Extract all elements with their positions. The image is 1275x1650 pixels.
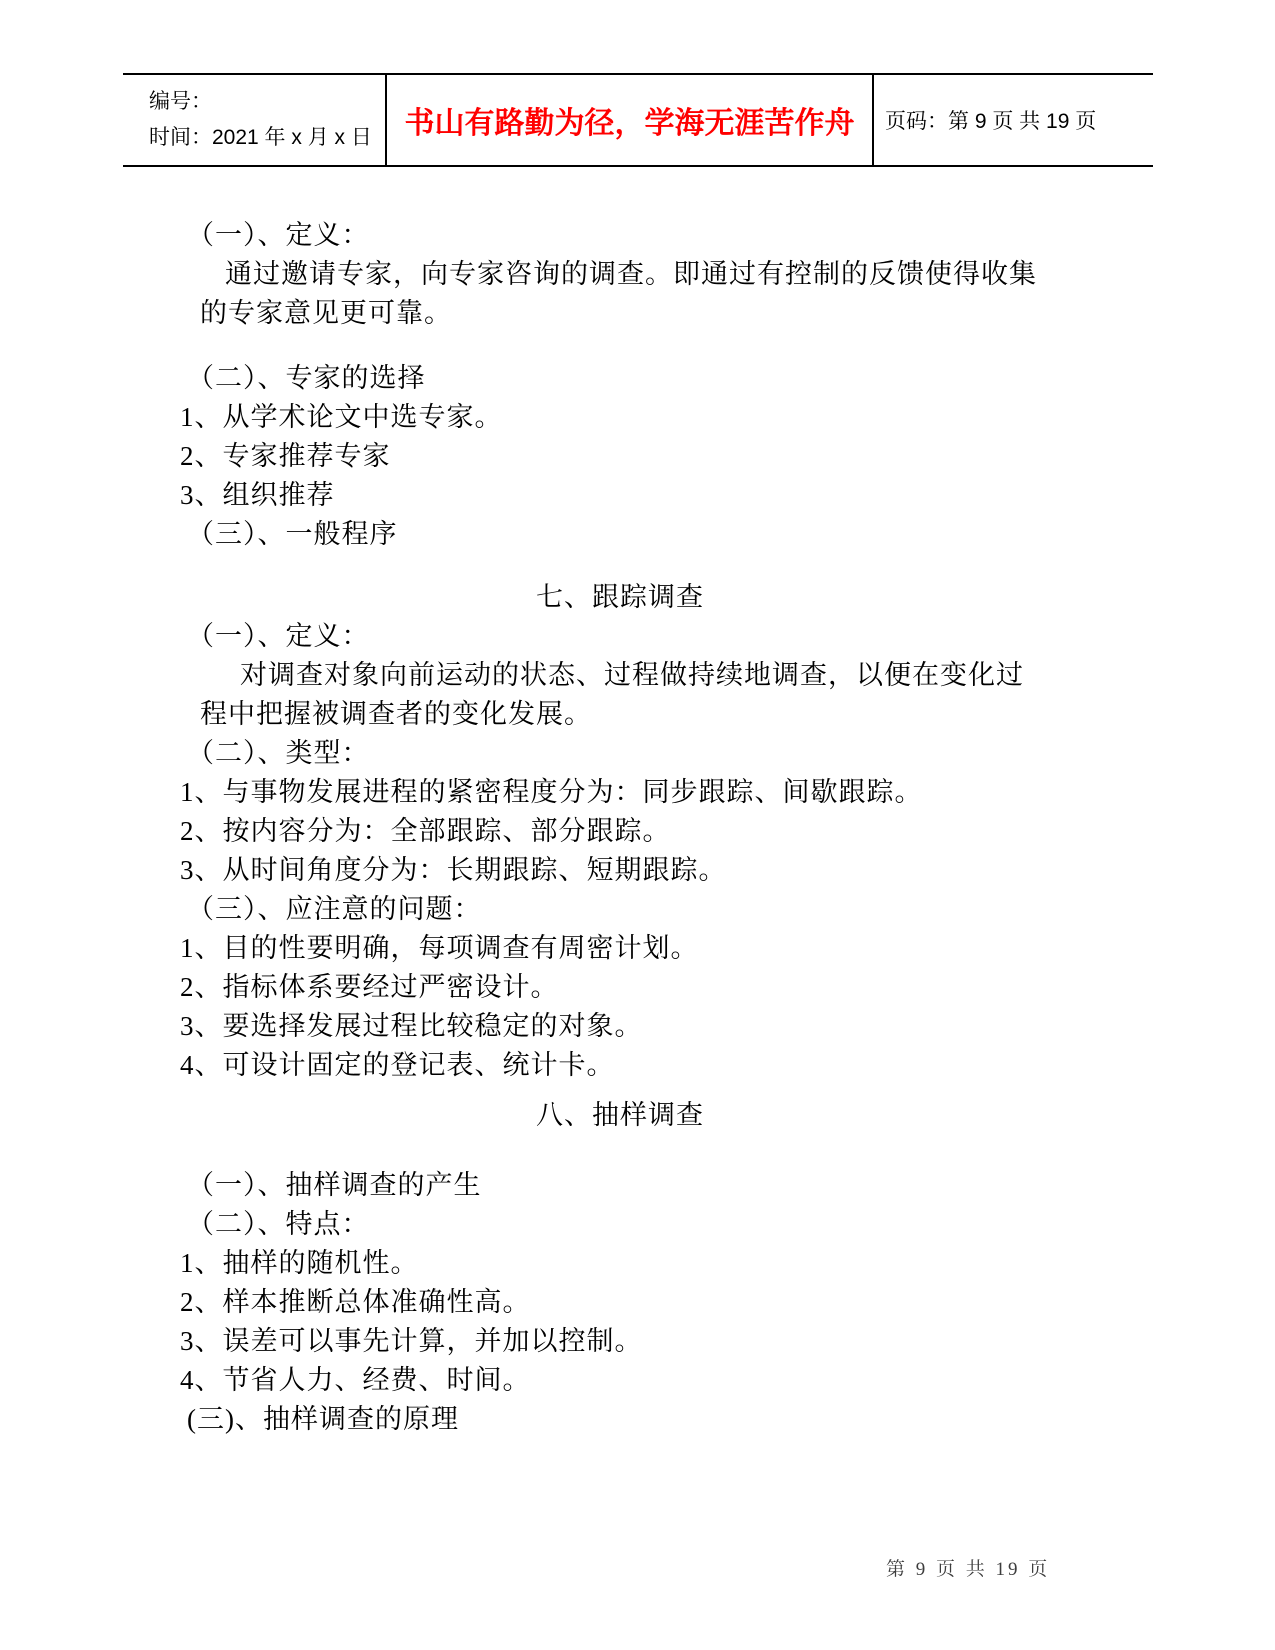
- header-cell-slogan: 书山有路勤为径，学海无涯苦作舟: [385, 75, 872, 165]
- spacer: [180, 333, 1060, 359]
- doc-line: 3、从时间角度分为：长期跟踪、短期跟踪。: [180, 851, 1060, 890]
- doc-line: 2、专家推荐专家: [180, 437, 1060, 476]
- doc-line: 通过邀请专家，向专家咨询的调查。即通过有控制的反馈使得收集: [180, 255, 1060, 294]
- doc-line: 2、样本推断总体准确性高。: [180, 1283, 1060, 1322]
- doc-time-label: 时间：2021 年 x 月 x 日: [149, 120, 385, 156]
- footer-page-number: 第 9 页 共 19 页: [886, 1554, 1050, 1581]
- doc-line: 1、从学术论文中选专家。: [180, 398, 1060, 437]
- document-body: （一）、定义： 通过邀请专家，向专家咨询的调查。即通过有控制的反馈使得收集 的专…: [180, 216, 1060, 1439]
- doc-line: 4、节省人力、经费、时间。: [180, 1361, 1060, 1400]
- doc-line: （二）、特点：: [180, 1205, 1060, 1244]
- doc-line: 程中把握被调查者的变化发展。: [180, 695, 1060, 734]
- doc-line: 1、与事物发展进程的紧密程度分为：同步跟踪、间歇跟踪。: [180, 773, 1060, 812]
- header-cell-page: 页码：第 9 页 共 19 页: [872, 75, 1153, 165]
- header-table: 编号： 时间：2021 年 x 月 x 日 书山有路勤为径，学海无涯苦作舟 页码…: [123, 73, 1153, 167]
- doc-line: （三）、一般程序: [180, 515, 1060, 554]
- doc-line: （二）、专家的选择: [180, 359, 1060, 398]
- doc-line: （一）、定义：: [180, 617, 1060, 656]
- doc-line: 2、按内容分为：全部跟踪、部分跟踪。: [180, 812, 1060, 851]
- spacer: [180, 554, 1060, 578]
- document-page: 编号： 时间：2021 年 x 月 x 日 书山有路勤为径，学海无涯苦作舟 页码…: [0, 0, 1275, 1650]
- doc-line: 1、抽样的随机性。: [180, 1244, 1060, 1283]
- doc-line: 4、可设计固定的登记表、统计卡。: [180, 1046, 1060, 1085]
- header-cell-meta: 编号： 时间：2021 年 x 月 x 日: [123, 75, 385, 165]
- doc-line: 对调查对象向前运动的状态、过程做持续地调查，以便在变化过: [180, 656, 1060, 695]
- page-number-label: 页码：第 9 页 共 19 页: [885, 105, 1096, 135]
- doc-line: 2、指标体系要经过严密设计。: [180, 968, 1060, 1007]
- doc-line: 3、误差可以事先计算，并加以控制。: [180, 1322, 1060, 1361]
- section-heading: 八、抽样调查: [180, 1096, 1060, 1135]
- doc-line: （二）、类型：: [180, 734, 1060, 773]
- section-heading: 七、跟踪调查: [180, 578, 1060, 617]
- slogan-text: 书山有路勤为径，学海无涯苦作舟: [405, 98, 855, 142]
- doc-line: （一）、抽样调查的产生: [180, 1166, 1060, 1205]
- doc-line: （三）、应注意的问题：: [180, 890, 1060, 929]
- doc-number-label: 编号：: [149, 84, 385, 120]
- doc-line: 1、目的性要明确，每项调查有周密计划。: [180, 929, 1060, 968]
- doc-line: 3、组织推荐: [180, 476, 1060, 515]
- doc-line: （一）、定义：: [180, 216, 1060, 255]
- doc-line: (三)、抽样调查的原理: [180, 1400, 1060, 1439]
- doc-line: 的专家意见更可靠。: [180, 294, 1060, 333]
- spacer: [180, 1085, 1060, 1096]
- spacer: [180, 1135, 1060, 1166]
- doc-line: 3、要选择发展过程比较稳定的对象。: [180, 1007, 1060, 1046]
